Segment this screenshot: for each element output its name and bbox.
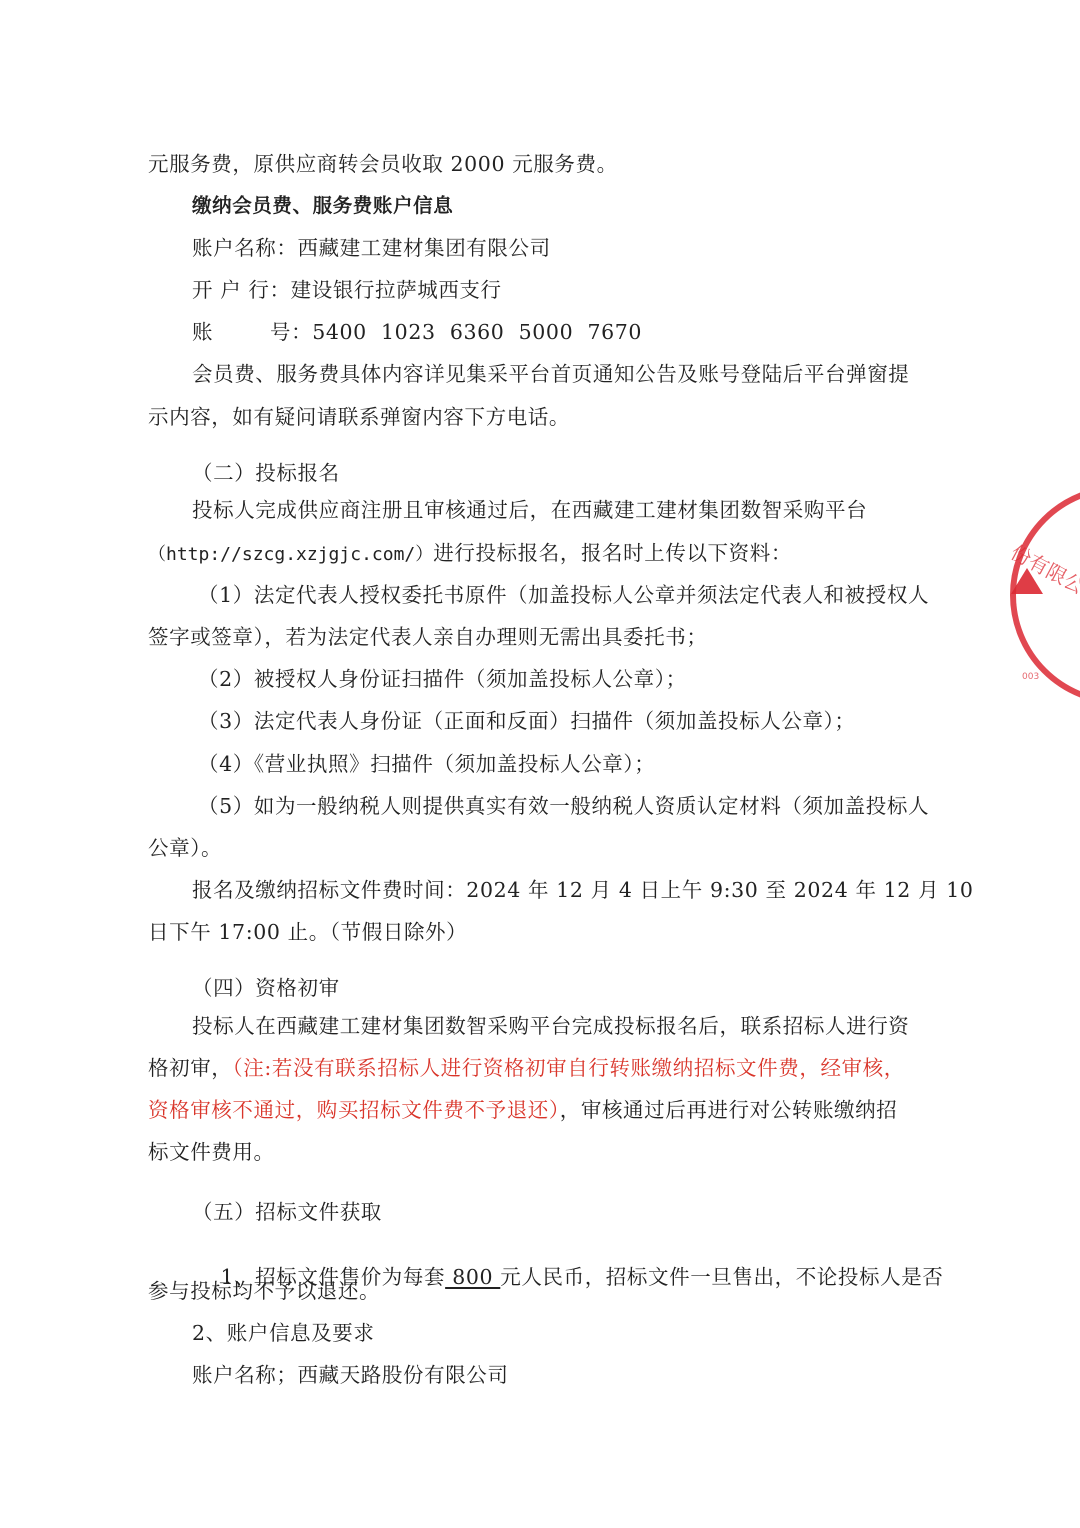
paragraph-line: 投标人在西藏建工建材集团数智采购平台完成投标报名后，联系招标人进行资 (192, 1012, 909, 1040)
list-item: （4）《营业执照》扫描件（须加盖投标人公章）； (198, 750, 655, 778)
list-item: （1）法定代表人授权委托书原件（加盖投标人公章并须法定代表人和被授权人 (198, 581, 929, 609)
paragraph-text: 进行投标报名，报名时上传以下资料： (433, 541, 792, 565)
section-heading-qualification-review: （四）资格初审 (192, 974, 340, 1002)
list-item: （2）被授权人身份证扫描件（须加盖投标人公章）； (198, 665, 687, 693)
document-page: 元服务费，原供应商转会员收取 2000 元服务费。 缴纳会员费、服务费账户信息 … (0, 0, 1080, 1528)
paragraph-line: 参与投标均不予以退还。 (148, 1277, 380, 1305)
seal-star-icon (1011, 568, 1043, 594)
warning-note: （注:若没有联系招标人进行资格初审自行转账缴纳招标文件费，经审核， (232, 1056, 904, 1080)
paragraph-line: （http://szcg.xzjgjc.com/）进行投标报名，报名时上传以下资… (148, 539, 792, 569)
list-item-continuation: 公章）。 (148, 834, 222, 862)
list-item: （5）如为一般纳税人则提供真实有效一般纳税人资质认定材料（须加盖投标人 (198, 792, 929, 820)
section-heading-bid-registration: （二）投标报名 (192, 459, 340, 487)
bank-name: 开 户 行：建设银行拉萨城西支行 (192, 276, 502, 304)
registration-time-continuation: 日下午 17:00 止。（节假日除外） (148, 918, 467, 946)
platform-url-link[interactable]: （http://szcg.xzjgjc.com/） (148, 544, 433, 565)
warning-note: 资格审核不通过，购买招标文件费不予退还） (148, 1098, 560, 1122)
list-item-continuation: 签字或签章），若为法定代表人亲自办理则无需出具委托书； (148, 623, 707, 651)
paragraph-line: 标文件费用。 (148, 1138, 275, 1166)
account-name: 账户名称；西藏天路股份有限公司 (192, 1361, 509, 1389)
paragraph-line: 格初审，（注:若没有联系招标人进行资格初审自行转账缴纳招标文件费，经审核， (148, 1054, 905, 1082)
account-name: 账户名称：西藏建工建材集团有限公司 (192, 234, 551, 262)
document-price: 800 (445, 1265, 500, 1289)
paragraph-text: 元人民币，招标文件一旦售出，不论投标人是否 (500, 1265, 943, 1289)
registration-time: 报名及缴纳招标文件费时间：2024 年 12 月 4 日上午 9:30 至 20… (192, 876, 974, 904)
paragraph-text: ，审核通过后再进行对公转账缴纳招 (560, 1098, 898, 1122)
paragraph-line: 元服务费，原供应商转会员收取 2000 元服务费。 (148, 150, 618, 178)
paragraph-line: 示内容，如有疑问请联系弹窗内容下方电话。 (148, 403, 570, 431)
paragraph-line: 资格审核不通过，购买招标文件费不予退还），审核通过后再进行对公转账缴纳招 (148, 1096, 897, 1124)
seal-number: 003 (1022, 672, 1039, 682)
account-number: 账 号：5400 1023 6360 5000 7670 (192, 318, 642, 346)
paragraph-line: 投标人完成供应商注册且审核通过后，在西藏建工建材集团数智采购平台 (192, 496, 867, 524)
list-item: （3）法定代表人身份证（正面和反面）扫描件（须加盖投标人公章）； (198, 707, 856, 735)
paragraph-line: 会员费、服务费具体内容详见集采平台首页通知公告及账号登陆后平台弹窗提 (192, 360, 909, 388)
section-heading-account-info: 缴纳会员费、服务费账户信息 (192, 192, 453, 220)
paragraph-text: 格初审， (148, 1056, 232, 1080)
section-heading-document-acquisition: （五）招标文件获取 (192, 1198, 382, 1226)
subheading-account-info: 2、账户信息及要求 (192, 1319, 374, 1347)
